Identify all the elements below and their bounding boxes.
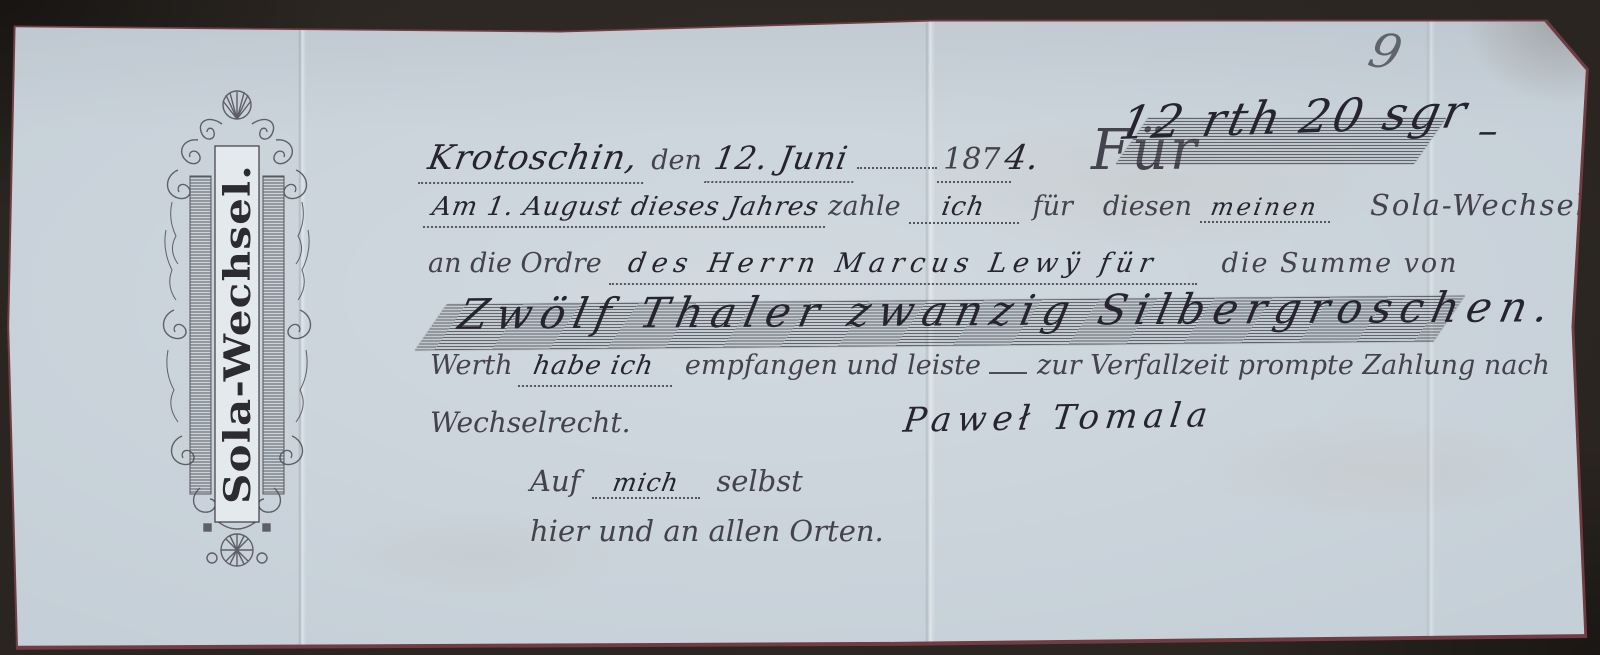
wechselrecht-printed: Wechselrecht. (430, 406, 631, 439)
value-clause-line: Werth habe ich empfangen und leiste zur … (430, 350, 1550, 387)
date-line: Krotoschin, den 12. Juni 187 4. Für (422, 118, 1199, 184)
verfallzeit-printed: zur Verfallzeit prompte Zahlung nach (1037, 350, 1550, 381)
term-line: Am 1. August dieses Jahres zahle ich für… (426, 188, 1587, 228)
ornament-cartouche: Sola-Wechsel. (138, 80, 336, 588)
dotted-leader: meinen (1200, 193, 1330, 223)
an-die-ordre-printed: an die Ordre (428, 248, 602, 279)
blank-rule (989, 372, 1027, 374)
die-summe-von-printed: die Summe von (1222, 248, 1459, 279)
sola-wechsel-label: Sola-Wechsel. (217, 164, 259, 504)
pencil-number: 9 (1363, 22, 1408, 81)
year-digit-handwritten: 4. (1001, 138, 1043, 178)
amount-words-handwritten: Zwölf Thaler zwanzig Silbergroschen. (454, 282, 1561, 339)
drawer-signature-handwritten: Paweł Tomala (901, 395, 1215, 440)
payee-line: an die Ordre des Herrn Marcus Lewÿ für d… (428, 248, 1459, 285)
left-hatched-column (190, 176, 211, 494)
diesen-printed: diesen (1103, 191, 1192, 222)
werth-printed: Werth (430, 350, 513, 381)
empfangen-printed: empfangen und leiste (685, 350, 981, 381)
dotted-leader: ich (909, 192, 1019, 224)
zahle-printed: zahle (828, 191, 900, 222)
habe-ich-handwritten: habe ich (518, 351, 679, 387)
date-handwritten: 12. Juni (704, 139, 861, 183)
fuer2-printed: für (1033, 191, 1073, 222)
sola-wechsel-printed: Sola-Wechsel (1370, 188, 1587, 222)
amount-dash-handwritten: – (1474, 108, 1503, 154)
mich-handwritten: mich (611, 468, 682, 497)
drawee-line: Auf mich selbst (530, 464, 803, 499)
right-hatched-column (263, 176, 284, 494)
term-handwritten: Am 1. August dieses Jahres (423, 192, 832, 228)
dotted-leader (857, 167, 937, 169)
auf-printed: Auf (530, 464, 580, 498)
orten-printed: hier und an allen Orten. (530, 514, 884, 548)
dotted-leader: mich (592, 468, 700, 499)
place-handwritten: Krotoschin, (418, 138, 651, 184)
year-printed: 187 (937, 142, 1010, 183)
ich-handwritten: ich (940, 192, 988, 222)
den-printed: den (651, 145, 702, 176)
selbst-printed: selbst (716, 464, 802, 498)
screenshot-root: Sola-Wechsel. 9 Krotoschin, den 12. Juni… (0, 0, 1600, 655)
meinen-handwritten: meinen (1209, 193, 1322, 221)
bill-of-exchange-document: Sola-Wechsel. 9 Krotoschin, den 12. Juni… (2, 2, 1597, 651)
payee-handwritten: des Herrn Marcus Lewÿ für (609, 248, 1203, 285)
